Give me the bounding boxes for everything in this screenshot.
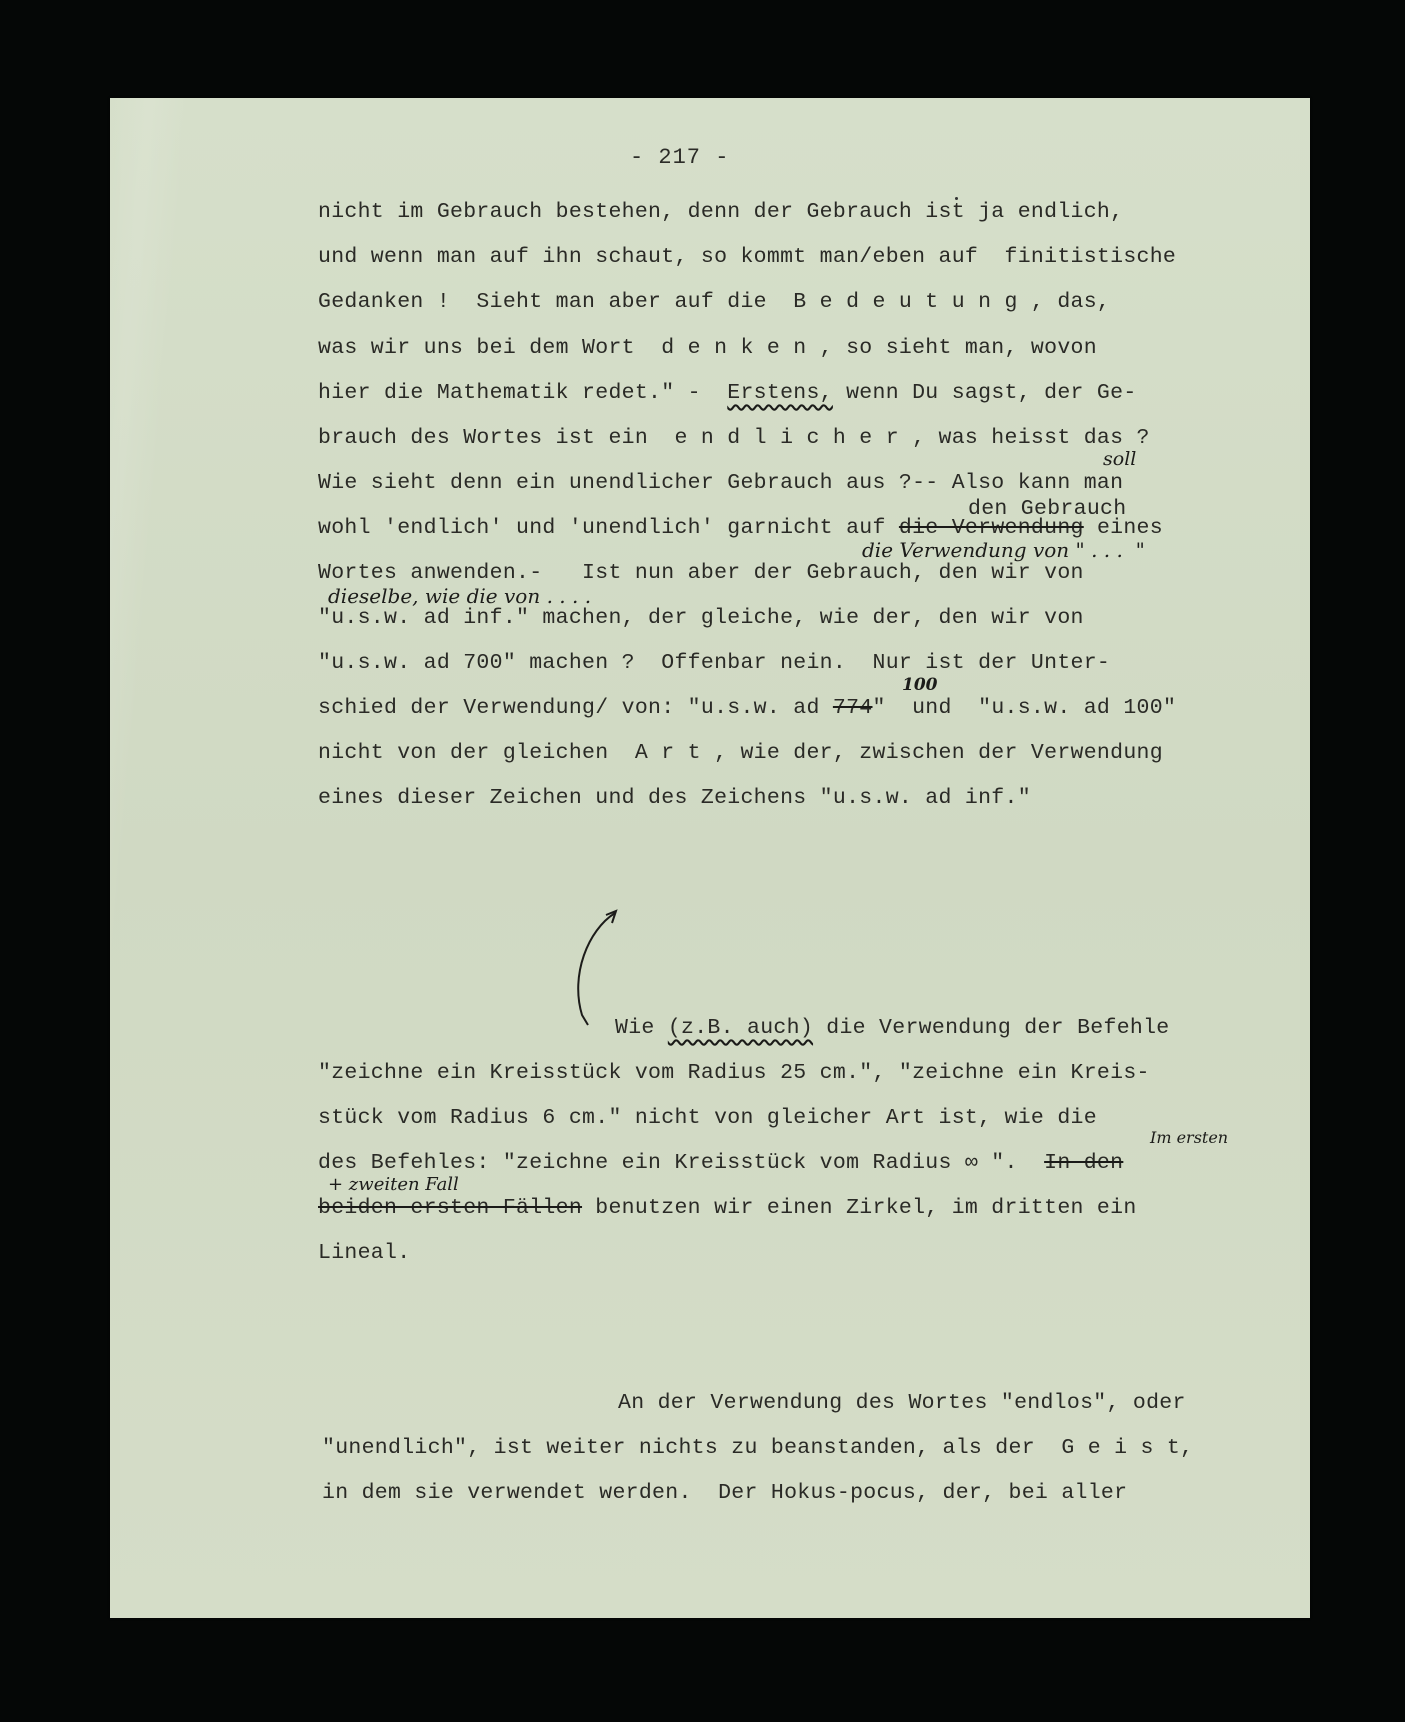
text-span: wohl 'endlich' und 'unendlich' garnicht …	[318, 516, 899, 540]
text-span: benutzen wir einen Zirkel, im dritten ei…	[582, 1196, 1137, 1220]
text-line: des Befehles: "zeichne ein Kreisstück vo…	[318, 1151, 1123, 1175]
text-span: die Verwendung der Befehle	[813, 1016, 1169, 1040]
text-line: stück vom Radius 6 cm." nicht von gleich…	[318, 1106, 1097, 1130]
underlined-word: Erstens,	[727, 381, 833, 405]
text-span: schied der Verwendung/ von: "u.s.w. ad	[318, 696, 833, 720]
text-line: "zeichne ein Kreisstück vom Radius 25 cm…	[318, 1061, 1150, 1085]
text-line: Wortes anwenden.- Ist nun aber der Gebra…	[318, 561, 1084, 585]
text-line: was wir uns bei dem Wort d e n k e n , s…	[318, 336, 1097, 360]
handwritten-insert: dieselbe, wie die von . . . .	[328, 584, 591, 608]
text-line: Gedanken ! Sieht man aber auf die B e d …	[318, 290, 1110, 314]
struck-text: beiden ersten Fällen	[318, 1196, 582, 1220]
text-line: schied der Verwendung/ von: "u.s.w. ad 7…	[318, 696, 1176, 720]
text-line: nicht von der gleichen A r t , wie der, …	[318, 741, 1163, 765]
text-span: hier die Mathematik redet." -	[318, 381, 727, 405]
struck-text: die Verwendung	[899, 516, 1084, 540]
paper-sheet	[110, 98, 1310, 1618]
text-line: Wie (z.B. auch) die Verwendung der Befeh…	[615, 1016, 1170, 1040]
text-line: beiden ersten Fällen benutzen wir einen …	[318, 1196, 1137, 1220]
handwritten-insert: Im ersten	[1150, 1128, 1228, 1147]
text-span: Wie	[615, 1016, 668, 1040]
text-span: " und "u.s.w. ad 100"	[873, 696, 1177, 720]
text-span: des Befehles: "zeichne ein Kreisstück vo…	[318, 1151, 1044, 1175]
struck-text: 774	[833, 696, 873, 720]
inserted-text: (z.B. auch)	[668, 1016, 813, 1040]
text-line: hier die Mathematik redet." - Erstens, w…	[318, 381, 1137, 405]
handwritten-insert: + zweiten Fall	[328, 1174, 459, 1195]
text-line: "unendlich", ist weiter nichts zu beanst…	[322, 1436, 1193, 1460]
text-line: Wie sieht denn ein unendlicher Gebrauch …	[318, 471, 1123, 495]
text-span: wenn Du sagst, der Ge-	[833, 381, 1137, 405]
text-line: eines dieser Zeichen und des Zeichens "u…	[318, 786, 1031, 810]
page-number: - 217 -	[630, 145, 729, 170]
text-line: in dem sie verwendet werden. Der Hokus-p…	[322, 1481, 1127, 1505]
handwritten-insert: soll	[1103, 448, 1136, 470]
handwritten-insert: die Verwendung von " . . . "	[862, 538, 1145, 562]
text-line: "u.s.w. ad inf." machen, der gleiche, wi…	[318, 606, 1084, 630]
text-line: "u.s.w. ad 700" machen ? Offenbar nein. …	[318, 651, 1110, 675]
struck-text: In den	[1044, 1151, 1123, 1175]
text-line: brauch des Wortes ist ein e n d l i c h …	[318, 426, 1150, 450]
text-span: eines	[1084, 516, 1163, 540]
text-line: und wenn man auf ihn schaut, so kommt ma…	[318, 245, 1176, 269]
text-line: An der Verwendung des Wortes "endlos", o…	[618, 1391, 1186, 1415]
text-line: Lineal.	[318, 1241, 410, 1265]
text-line: nicht im Gebrauch bestehen, denn der Geb…	[318, 200, 1123, 224]
handwritten-insert: 100	[902, 675, 938, 695]
text-line: wohl 'endlich' und 'unendlich' garnicht …	[318, 516, 1163, 540]
